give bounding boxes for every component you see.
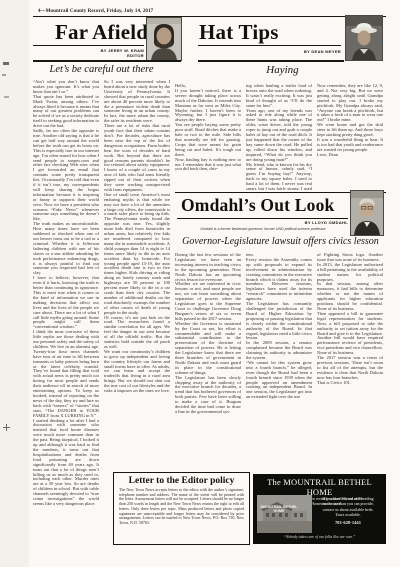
bethel-ad-phone: 701-628-1441	[315, 520, 381, 525]
letter-policy-body: The New Town News accepts letters to the…	[119, 488, 244, 526]
bethel-home-photo: MOUNTRAIL BETHEL HOME	[257, 495, 312, 533]
far-afield-subhead: Let’s be careful out there	[33, 64, 170, 75]
scan-mark	[4, 96, 9, 98]
bethel-home-photo-image	[257, 495, 312, 533]
hat-tips-column-1: Hello, If you haven’t noticed, there is …	[175, 84, 241, 190]
hat-tips-subhead: Haying	[210, 64, 355, 76]
omdahl-subhead: Governor-Legislature lawsuit offers civi…	[175, 236, 386, 247]
scan-mark	[2, 74, 6, 76]
omdahl-rule	[177, 218, 348, 219]
bethel-home-ad: The MOUNTRAIL BETHEL HOME IN STANLEY has…	[253, 474, 386, 544]
far-afield-column-1: “Ain’t what you don’t know that makes yo…	[33, 80, 99, 534]
bethel-home-photo-label: MOUNTRAIL BETHEL HOME	[259, 505, 299, 513]
bethel-ad-body: If you have a loved one needing more car…	[315, 496, 381, 525]
bethel-ad-tagline: “Nobody takes care of our folks like our…	[257, 535, 382, 539]
far-afield-rule	[33, 45, 144, 46]
scan-mark	[3, 62, 9, 65]
hat-tips-column-2: ing when hauling a trailer load of horse…	[246, 84, 312, 190]
kram-photo	[147, 18, 181, 60]
omdahl-byline: BY LLOYD OMDAHL	[264, 220, 348, 225]
bethel-ad-body-line: Tours available.	[315, 512, 381, 517]
omdahl-column-3: of Fighting Sioux logo. Another issue th…	[317, 253, 383, 470]
omdahl-column-2: tem. Every session the Assembly comes up…	[246, 253, 312, 470]
meyer-photo-image	[346, 16, 382, 60]
hat-tips-rule	[198, 45, 341, 46]
scan-mark	[6, 424, 7, 431]
far-afield-thick-rule	[33, 60, 181, 62]
far-afield-column-2: So I was very interested when I heard ab…	[104, 80, 170, 472]
bethel-ad-title: The MOUNTRAIL BETHEL HOME	[257, 477, 382, 497]
letter-policy-box: Letter to the Editor policy The New Town…	[113, 472, 250, 545]
omdahl-title: Omdahl’s Out Look	[181, 195, 334, 216]
omdahl-column-1: During the last few sessions of the Legi…	[175, 253, 241, 470]
far-afield-title: Far Afield	[55, 20, 148, 45]
far-afield-byline-role: EDITOR	[60, 53, 144, 58]
hat-tips-thick-rule	[198, 60, 344, 62]
omdahl-photo	[351, 191, 383, 235]
scan-edge-band	[0, 0, 29, 567]
kram-photo-image	[147, 18, 181, 60]
hat-tips-title: Hat Tips	[199, 20, 279, 45]
omdahl-photo-image	[351, 191, 383, 235]
hat-tips-column-3: Now remember, they are like 12, 9, and 4…	[317, 84, 383, 190]
omdahl-tagline: Omdahl is a former lieutenant governor, …	[177, 227, 349, 231]
masthead-rule	[33, 16, 386, 17]
newspaper-page: 4—Mountrail County Record, Friday, July …	[0, 0, 400, 567]
hat-tips-byline: BY DEAN MEYER	[257, 49, 341, 54]
meyer-photo	[346, 16, 382, 60]
letter-policy-title: Letter to the Editor policy	[119, 476, 244, 486]
masthead: 4—Mountrail County Record, Friday, July …	[38, 9, 153, 14]
